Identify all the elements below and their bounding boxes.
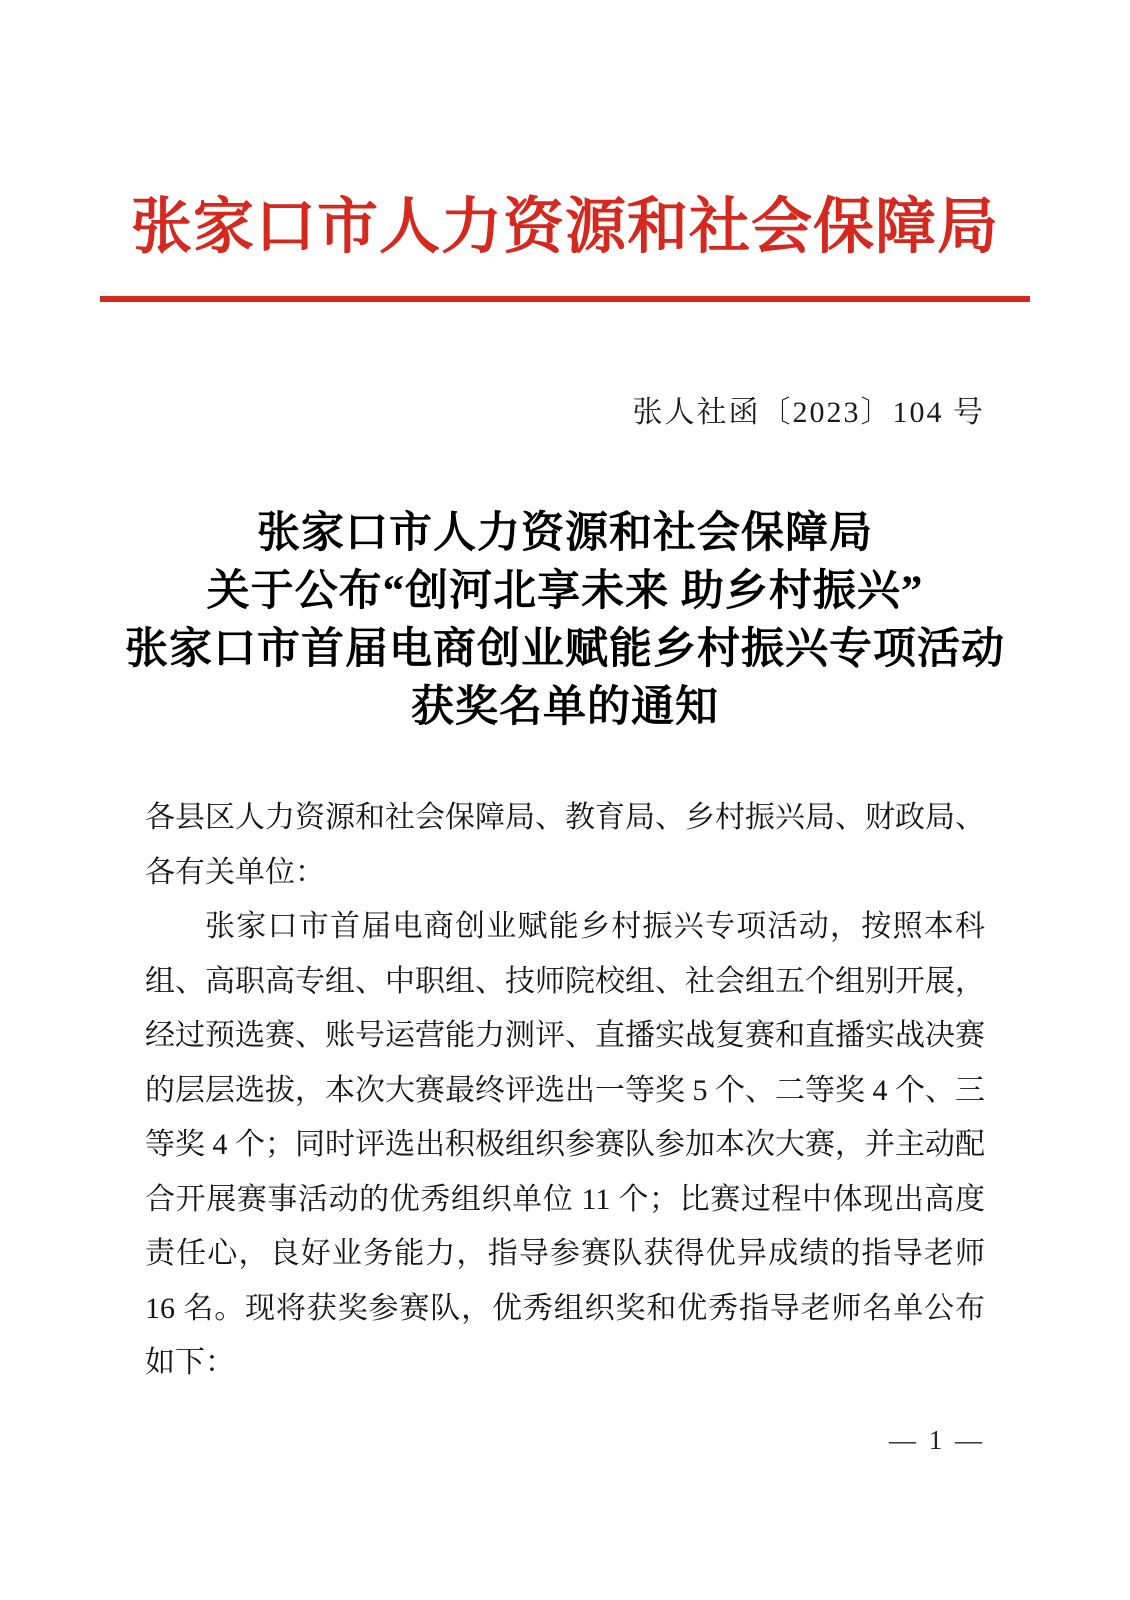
body-line-paragraph-3: 经过预选赛、账号运营能力测评、直播实战复赛和直播实战决赛 [145,1009,985,1064]
notice-title-line-3: 张家口市首届电商创业赋能乡村振兴专项活动 [0,621,1130,679]
letterhead-divider-rule [100,296,1030,302]
body-line-paragraph-6: 合开展赛事活动的优秀组织单位 11 个；比赛过程中体现出高度 [145,1173,985,1228]
body-line-paragraph-1: 张家口市首届电商创业赋能乡村振兴专项活动，按照本科 [145,900,985,955]
letterhead-title: 张家口市人力资源和社会保障局 [0,188,1130,268]
body-line-paragraph-2: 组、高职高专组、中职组、技师院校组、社会组五个组别开展， [145,955,985,1010]
notice-title-line-2: 关于公布“创河北享未来 助乡村振兴” [0,563,1130,621]
body-line-paragraph-9: 如下： [145,1336,985,1391]
body-line-recipients-2: 各有关单位： [145,846,985,901]
notice-body: 各县区人力资源和社会保障局、教育局、乡村振兴局、财政局、 各有关单位： 张家口市… [145,791,985,1391]
notice-title-line-4: 获奖名单的通知 [0,679,1130,737]
page-number: — 1 — [889,1424,985,1456]
body-line-recipients-1: 各县区人力资源和社会保障局、教育局、乡村振兴局、财政局、 [145,791,985,846]
body-line-paragraph-5: 等奖 4 个；同时评选出积极组织参赛队参加本次大赛，并主动配 [145,1118,985,1173]
document-page: 张家口市人力资源和社会保障局 张人社函〔2023〕104 号 张家口市人力资源和… [0,0,1130,1600]
body-line-paragraph-8: 16 名。现将获奖参赛队，优秀组织奖和优秀指导老师名单公布 [145,1282,985,1337]
notice-title: 张家口市人力资源和社会保障局 关于公布“创河北享未来 助乡村振兴” 张家口市首届… [0,505,1130,737]
body-line-paragraph-4: 的层层选拔，本次大赛最终评选出一等奖 5 个、二等奖 4 个、三 [145,1064,985,1119]
notice-title-line-1: 张家口市人力资源和社会保障局 [0,505,1130,563]
body-line-paragraph-7: 责任心，良好业务能力，指导参赛队获得优异成绩的指导老师 [145,1227,985,1282]
document-reference-number: 张人社函〔2023〕104 号 [633,392,986,434]
